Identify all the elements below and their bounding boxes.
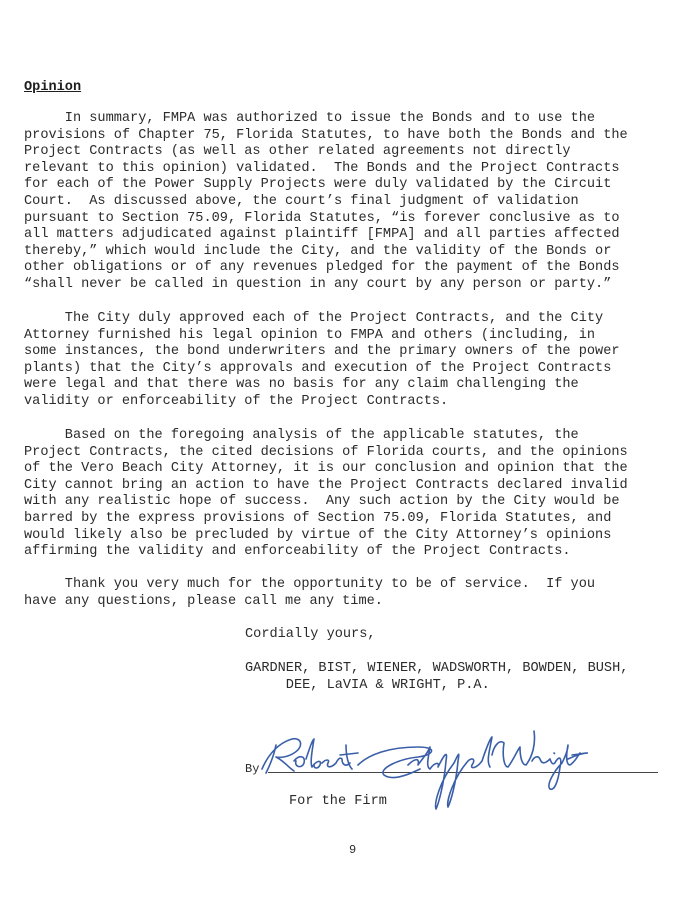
section-heading: Opinion (24, 80, 81, 95)
paragraph-city-approval: The City duly approved each of the Proje… (24, 311, 699, 411)
firm-name: GARDNER, BIST, WIENER, WADSWORTH, BOWDEN… (245, 661, 628, 694)
paragraph-conclusion: Based on the foregoing analysis of the a… (24, 428, 699, 561)
paragraph-thanks: Thank you very much for the opportunity … (24, 577, 699, 610)
document-page: Opinion In summary, FMPA was authorized … (0, 0, 699, 906)
for-the-firm-label: For the Firm (289, 794, 387, 809)
paragraph-summary: In summary, FMPA was authorized to issue… (24, 111, 699, 294)
page-number: 9 (349, 843, 356, 857)
closing-salutation: Cordially yours, (245, 627, 376, 642)
